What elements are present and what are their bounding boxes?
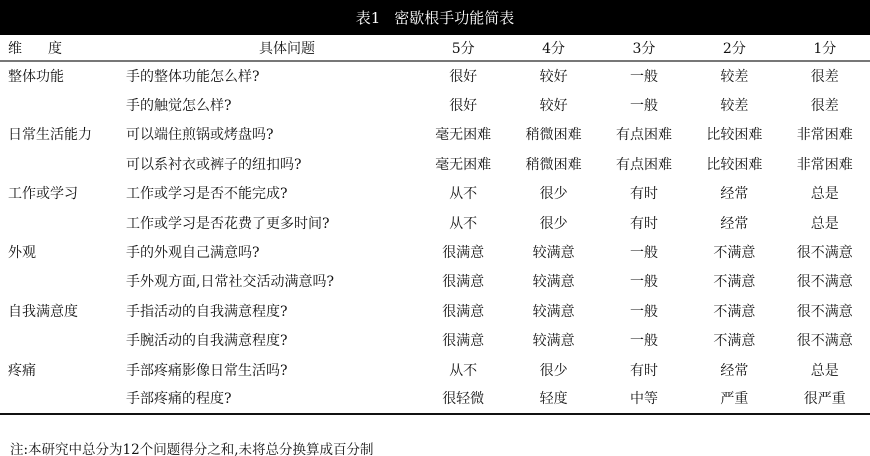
table-row: 手的触觉怎么样?很好较好一般较差很差 [0,90,870,119]
header-score-2: 2分 [689,35,779,61]
table-row: 疼痛手部疼痛影像日常生活吗?从不很少有时经常总是 [0,355,870,384]
dimension-cell: 疼痛 [0,355,126,384]
table-row: 工作或学习工作或学习是否不能完成?从不很少有时经常总是 [0,179,870,208]
answer-cell-score-1: 总是 [780,208,870,237]
table-row: 整体功能手的整体功能怎么样?很好较好一般较差很差 [0,61,870,90]
answer-cell-score-1: 很不满意 [780,296,870,325]
dimension-cell: 工作或学习 [0,179,126,208]
question-cell: 手部疼痛影像日常生活吗? [126,355,418,384]
table-note: 注:本研究中总分为12个问题得分之和,未将总分换算成百分制 [10,438,374,456]
answer-cell-score-5: 从不 [418,355,508,384]
header-question: 具体问题 [126,35,418,61]
dimension-cell: 外观 [0,237,126,266]
header-score-1: 1分 [780,35,870,61]
header-dimension-b: 度 [48,41,62,57]
answer-cell-score-1: 很不满意 [780,267,870,296]
header-dimension: 维度 [0,35,126,61]
answer-cell-score-3: 一般 [599,326,689,355]
answer-cell-score-1: 总是 [780,355,870,384]
answer-cell-score-5: 毫无困难 [418,149,508,178]
answer-cell-score-3: 一般 [599,237,689,266]
answer-cell-score-1: 很不满意 [780,326,870,355]
question-cell: 手部疼痛的程度? [126,384,418,413]
dimension-cell: 自我满意度 [0,296,126,325]
dimension-cell: 日常生活能力 [0,120,126,149]
answer-cell-score-2: 经常 [689,355,779,384]
dimension-cell [0,267,126,296]
table-row: 手腕活动的自我满意程度?很满意较满意一般不满意很不满意 [0,326,870,355]
answer-cell-score-3: 中等 [599,384,689,413]
answer-cell-score-5: 从不 [418,208,508,237]
table-row: 工作或学习是否花费了更多时间?从不很少有时经常总是 [0,208,870,237]
answer-cell-score-3: 有时 [599,179,689,208]
answer-cell-score-4: 稍微困难 [508,149,598,178]
answer-cell-score-2: 比较困难 [689,149,779,178]
answer-cell-score-5: 很满意 [418,237,508,266]
question-cell: 手的触觉怎么样? [126,90,418,119]
dimension-cell [0,90,126,119]
dimension-cell [0,149,126,178]
answer-cell-score-4: 很少 [508,208,598,237]
answer-cell-score-2: 严重 [689,384,779,413]
mhq-table: 维度 具体问题 5分 4分 3分 2分 1分 整体功能手的整体功能怎么样?很好较… [0,35,870,415]
answer-cell-score-4: 很少 [508,179,598,208]
table-row: 可以系衬衣或裤子的纽扣吗?毫无困难稍微困难有点困难比较困难非常困难 [0,149,870,178]
answer-cell-score-3: 一般 [599,296,689,325]
question-cell: 手外观方面,日常社交活动满意吗? [126,267,418,296]
answer-cell-score-5: 很好 [418,90,508,119]
answer-cell-score-3: 一般 [599,90,689,119]
answer-cell-score-1: 很不满意 [780,237,870,266]
answer-cell-score-2: 不满意 [689,326,779,355]
answer-cell-score-2: 不满意 [689,296,779,325]
answer-cell-score-5: 很满意 [418,296,508,325]
answer-cell-score-4: 较满意 [508,267,598,296]
question-cell: 工作或学习是否不能完成? [126,179,418,208]
question-cell: 可以端住煎锅或烤盘吗? [126,120,418,149]
answer-cell-score-1: 总是 [780,179,870,208]
answer-cell-score-3: 有时 [599,355,689,384]
answer-cell-score-4: 较满意 [508,237,598,266]
dimension-cell [0,326,126,355]
answer-cell-score-3: 一般 [599,267,689,296]
question-cell: 工作或学习是否花费了更多时间? [126,208,418,237]
answer-cell-score-4: 稍微困难 [508,120,598,149]
answer-cell-score-3: 一般 [599,61,689,90]
table-number: 表1 [356,7,381,28]
answer-cell-score-2: 比较困难 [689,120,779,149]
table-row: 日常生活能力可以端住煎锅或烤盘吗?毫无困难稍微困难有点困难比较困难非常困难 [0,120,870,149]
table-row: 手外观方面,日常社交活动满意吗?很满意较满意一般不满意很不满意 [0,267,870,296]
question-cell: 手的整体功能怎么样? [126,61,418,90]
header-score-5: 5分 [418,35,508,61]
dimension-cell [0,384,126,413]
header-row: 维度 具体问题 5分 4分 3分 2分 1分 [0,35,870,61]
answer-cell-score-4: 较满意 [508,296,598,325]
answer-cell-score-4: 轻度 [508,384,598,413]
answer-cell-score-2: 不满意 [689,267,779,296]
answer-cell-score-5: 很满意 [418,326,508,355]
answer-cell-score-4: 较满意 [508,326,598,355]
answer-cell-score-3: 有点困难 [599,149,689,178]
header-dimension-a: 维 [8,41,22,57]
answer-cell-score-2: 经常 [689,208,779,237]
answer-cell-score-2: 不满意 [689,237,779,266]
answer-cell-score-5: 很好 [418,61,508,90]
answer-cell-score-5: 毫无困难 [418,120,508,149]
header-score-4: 4分 [508,35,598,61]
header-score-3: 3分 [599,35,689,61]
answer-cell-score-4: 较好 [508,61,598,90]
answer-cell-score-3: 有时 [599,208,689,237]
answer-cell-score-1: 很严重 [780,384,870,413]
answer-cell-score-1: 非常困难 [780,149,870,178]
table-row: 手部疼痛的程度?很轻微轻度中等严重很严重 [0,384,870,413]
table-title: 表1 密歇根手功能简表 [0,0,870,35]
question-cell: 手的外观自己满意吗? [126,237,418,266]
question-cell: 手腕活动的自我满意程度? [126,326,418,355]
answer-cell-score-3: 有点困难 [599,120,689,149]
answer-cell-score-5: 从不 [418,179,508,208]
answer-cell-score-2: 较差 [689,61,779,90]
question-cell: 手指活动的自我满意程度? [126,296,418,325]
answer-cell-score-2: 较差 [689,90,779,119]
answer-cell-score-2: 经常 [689,179,779,208]
answer-cell-score-5: 很满意 [418,267,508,296]
answer-cell-score-5: 很轻微 [418,384,508,413]
table-title-text: 密歇根手功能简表 [394,7,514,28]
answer-cell-score-4: 很少 [508,355,598,384]
dimension-cell [0,208,126,237]
dimension-cell: 整体功能 [0,61,126,90]
answer-cell-score-1: 很差 [780,90,870,119]
answer-cell-score-1: 很差 [780,61,870,90]
table-row: 自我满意度手指活动的自我满意程度?很满意较满意一般不满意很不满意 [0,296,870,325]
question-cell: 可以系衬衣或裤子的纽扣吗? [126,149,418,178]
answer-cell-score-1: 非常困难 [780,120,870,149]
table-row: 外观手的外观自己满意吗?很满意较满意一般不满意很不满意 [0,237,870,266]
answer-cell-score-4: 较好 [508,90,598,119]
